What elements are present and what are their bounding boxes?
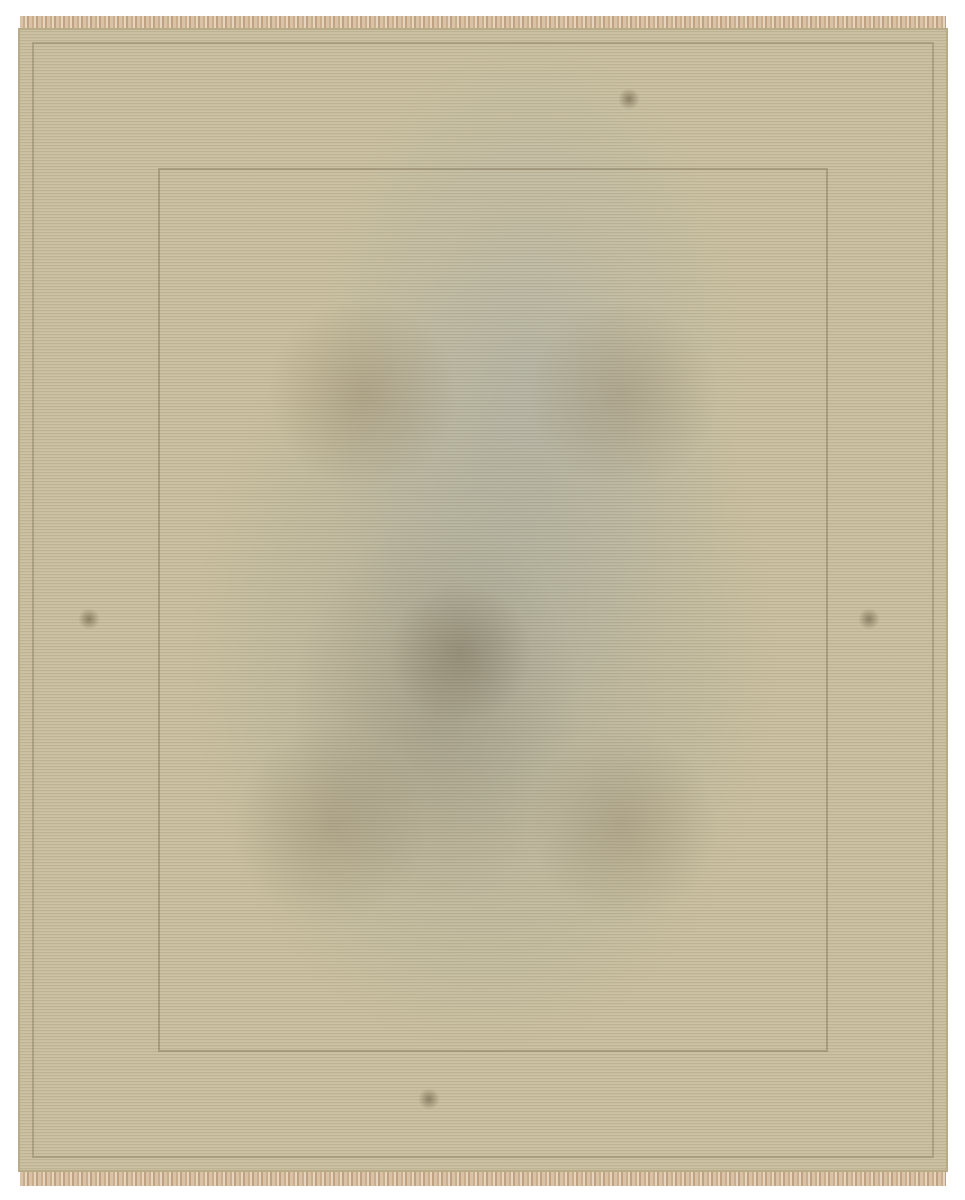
rug-body: [18, 28, 948, 1172]
border-motif: [418, 1088, 440, 1110]
top-fringe: [20, 16, 946, 28]
bottom-fringe: [20, 1172, 946, 1186]
rug-field-pattern: [168, 178, 818, 1042]
rug-photo: [18, 16, 948, 1186]
border-motif: [858, 608, 880, 630]
border-motif: [78, 608, 100, 630]
border-motif: [618, 88, 640, 110]
